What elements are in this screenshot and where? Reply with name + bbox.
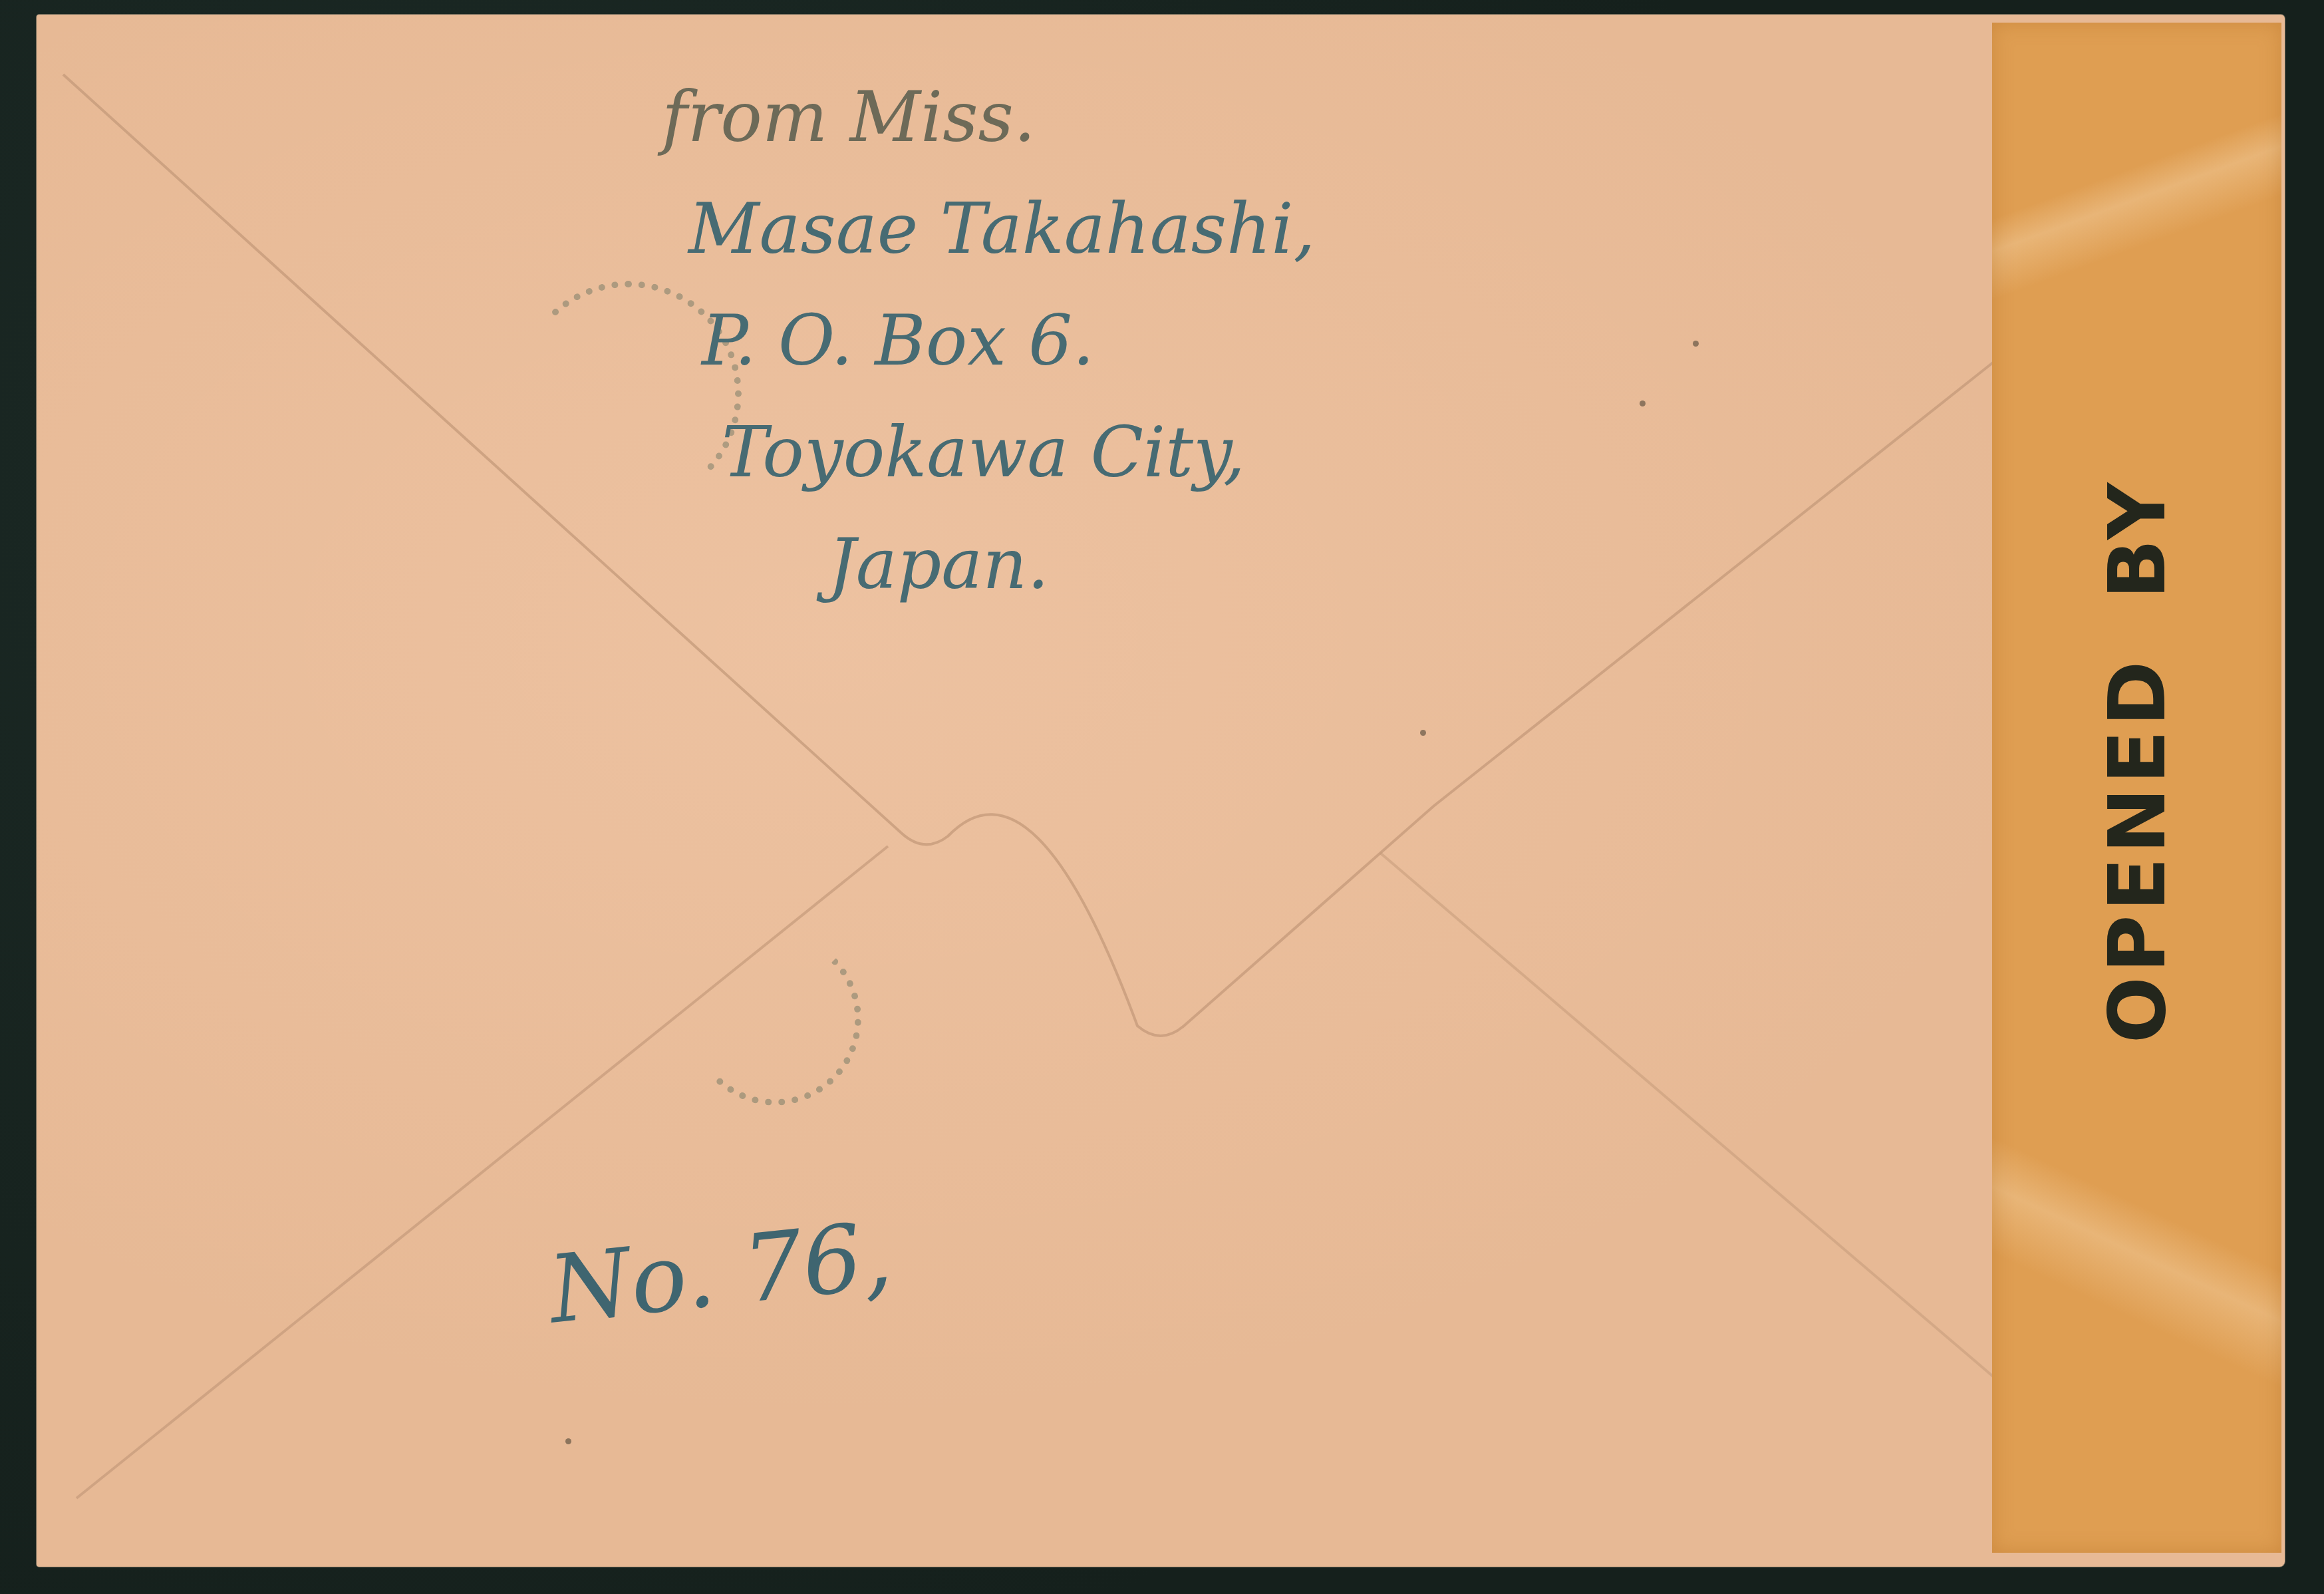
paper-speck <box>1420 730 1426 736</box>
address-line: Toyokawa City, <box>722 397 1315 508</box>
address-line: Japan. <box>828 508 1315 620</box>
paper-speck <box>565 1438 571 1444</box>
scan-background: from Miss. Masae Takahashi, P. O. Box 6.… <box>0 0 2324 1594</box>
address-line: from Miss. <box>662 61 1315 173</box>
sender-address: from Miss. Masae Takahashi, P. O. Box 6.… <box>649 61 1315 620</box>
paper-speck <box>1693 341 1699 347</box>
paper-speck <box>1640 400 1646 406</box>
envelope-back: from Miss. Masae Takahashi, P. O. Box 6.… <box>37 15 2285 1567</box>
censor-tape-label: OPENED BY <box>2091 479 2183 1044</box>
faint-postmark <box>688 933 861 1106</box>
address-line: Masae Takahashi, <box>688 173 1315 285</box>
censor-tape: OPENED BY <box>1992 23 2281 1553</box>
address-line: P. O. Box 6. <box>702 285 1315 397</box>
